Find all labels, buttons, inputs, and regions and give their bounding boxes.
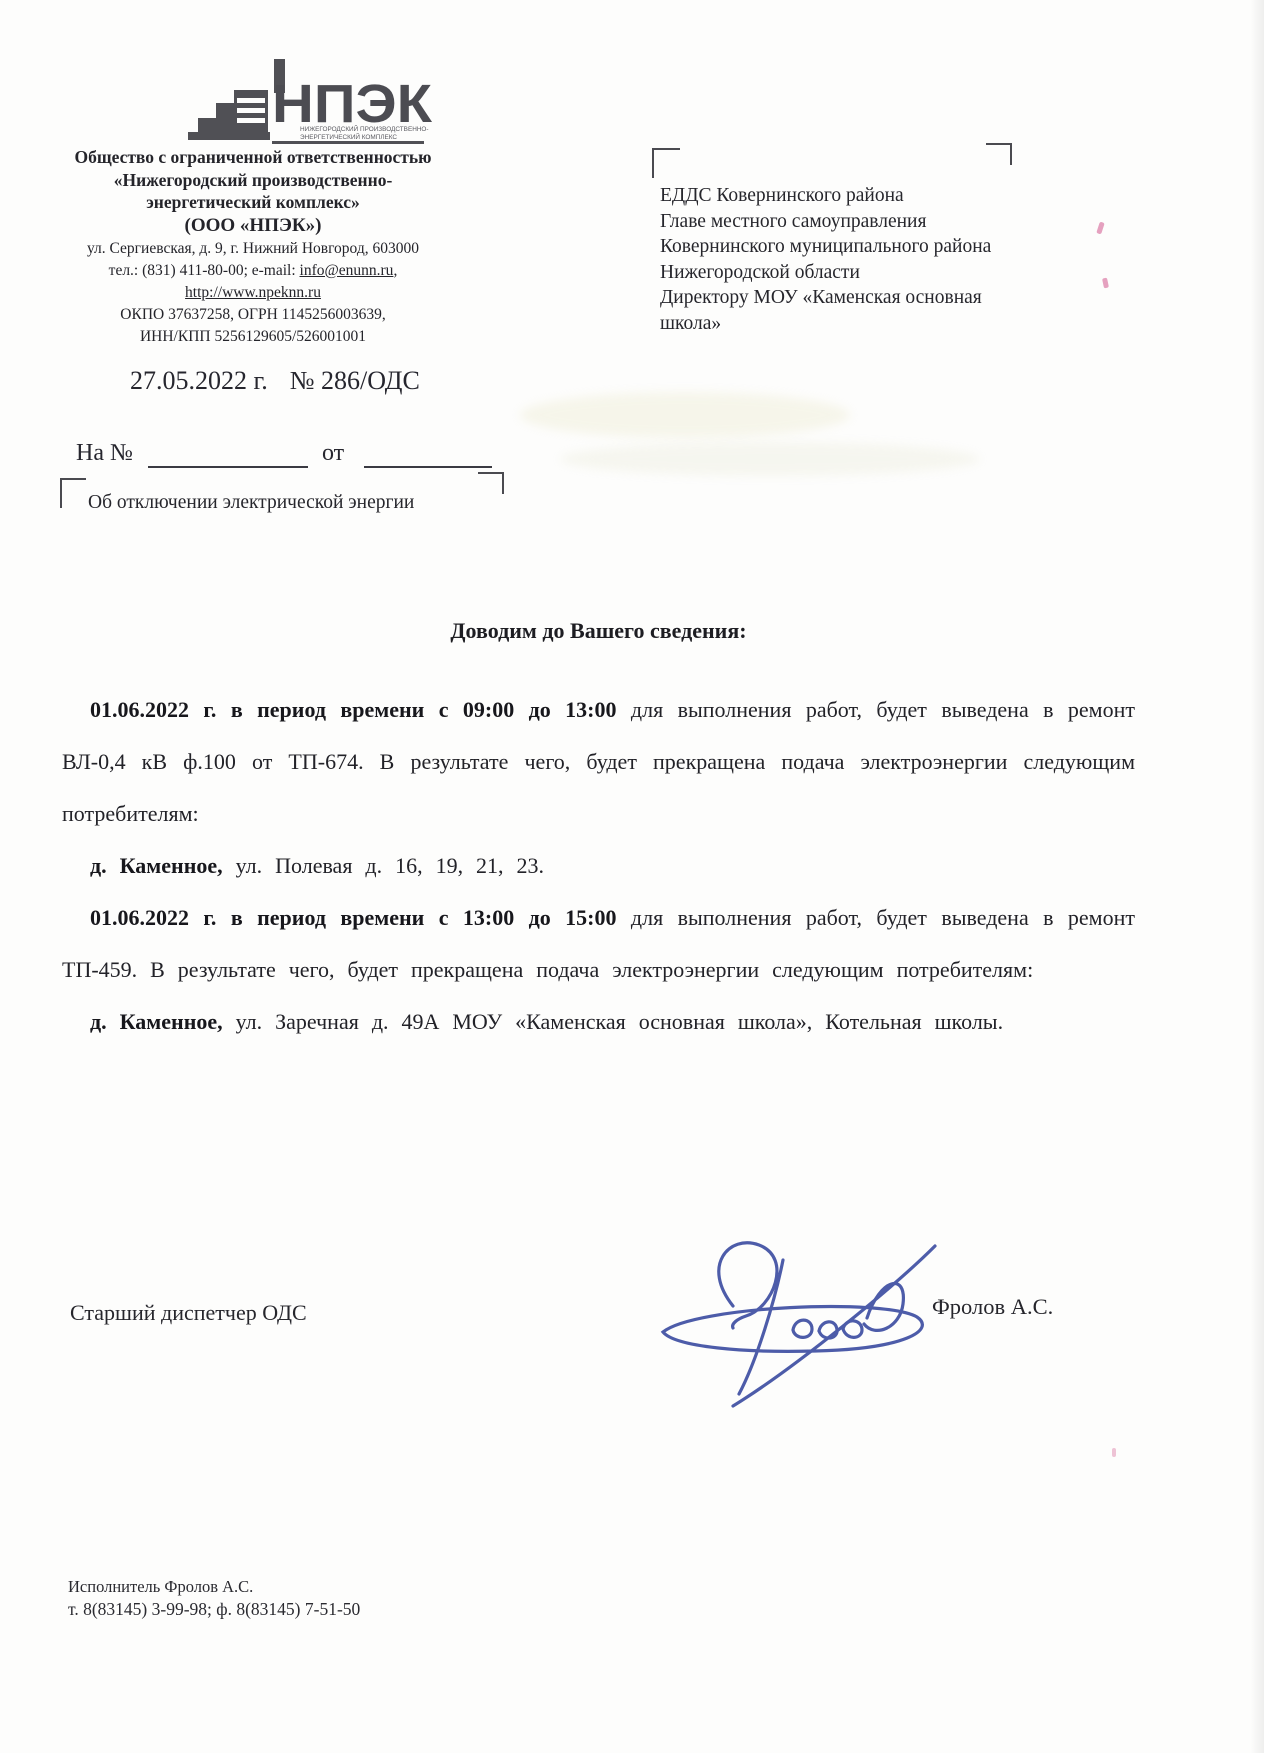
recipient-crop-mark-left bbox=[652, 148, 680, 178]
recipient-line: Директору МОУ «Каменская основная bbox=[660, 285, 1060, 311]
recipient-line: Главе местного самоуправления bbox=[660, 209, 1060, 235]
executor-phones: т. 8(83145) 3-99-98; ф. 8(83145) 7-51-50 bbox=[68, 1598, 360, 1621]
paragraph-outage-2: 01.06.2022 г. в период времени с 13:00 д… bbox=[62, 892, 1135, 996]
org-name-line1: Общество с ограниченной ответственностью bbox=[46, 146, 460, 169]
email-text: info@enunn.ru bbox=[300, 262, 394, 279]
recipient-line: Нижегородской области bbox=[660, 260, 1060, 286]
recipient-crop-mark-right bbox=[986, 143, 1012, 165]
phone-text: тел.: (831) 411-80-00; e-mail: bbox=[109, 262, 300, 279]
subject-line: Об отключении электрической энергии bbox=[88, 492, 414, 514]
org-short-name: (ООО «НПЭК») bbox=[46, 214, 460, 238]
recipient-line: ЕДДС Ковернинского района bbox=[660, 183, 1060, 209]
logo-tagline-line2: ЭНЕРГЕТИЧЕСКИЙ КОМПЛЕКС bbox=[300, 132, 397, 141]
recipient-block: ЕДДС Ковернинского района Главе местного… bbox=[660, 183, 1060, 336]
logo-tagline-line1: НИЖЕГОРОДСКИЙ ПРОИЗВОДСТВЕННО- bbox=[300, 124, 429, 133]
contacts-suffix: , bbox=[393, 262, 397, 279]
handwritten-signature bbox=[633, 1218, 973, 1418]
scan-bleed-artifact bbox=[560, 442, 980, 476]
sender-details-block: Общество с ограниченной ответственностью… bbox=[46, 146, 460, 348]
letter-date: 27.05.2022 г. bbox=[130, 366, 268, 395]
signer-position-title: Старший диспетчер ОДС bbox=[70, 1300, 307, 1326]
paragraph-consumers-2: д. Каменное, ул. Заречная д. 49А МОУ «Ка… bbox=[62, 996, 1135, 1048]
letter-body: 01.06.2022 г. в период времени с 09:00 д… bbox=[62, 684, 1135, 1048]
consumers-2-settlement: д. Каменное, bbox=[90, 1009, 223, 1034]
outage-1-datetime: 01.06.2022 г. в период времени с 09:00 д… bbox=[90, 697, 617, 722]
recipient-line: школа» bbox=[660, 311, 1060, 337]
website-text: http://www.npeknn.ru bbox=[46, 282, 460, 304]
okpo-ogrn-line: ОКПО 37637258, ОГРН 1145256003639, bbox=[46, 304, 460, 326]
paragraph-consumers-1: д. Каменное, ул. Полевая д. 16, 19, 21, … bbox=[62, 840, 1135, 892]
consumers-2-addresses: ул. Заречная д. 49А МОУ «Каменская основ… bbox=[223, 1009, 1003, 1034]
org-name-line3: энергетический комплекс» bbox=[46, 191, 460, 214]
org-name-line2: «Нижегородский производственно- bbox=[46, 169, 460, 192]
scanned-letter-page: НПЭК НИЖЕГОРОДСКИЙ ПРОИЗВОДСТВЕННО- ЭНЕР… bbox=[0, 0, 1264, 1753]
date-number-line: 27.05.2022 г.№ 286/ОДС bbox=[130, 366, 420, 396]
inn-kpp-line: ИНН/КПП 5256129605/526001001 bbox=[46, 326, 460, 348]
consumers-1-addresses: ул. Полевая д. 16, 19, 21, 23. bbox=[223, 853, 544, 878]
reply-ot-label: от bbox=[322, 440, 344, 467]
footer-block: Исполнитель Фролов А.С. т. 8(83145) 3-99… bbox=[68, 1575, 360, 1621]
logo-acronym: НПЭК bbox=[272, 74, 433, 134]
signer-name: Фролов А.С. bbox=[932, 1294, 1053, 1320]
consumers-1-settlement: д. Каменное, bbox=[90, 853, 223, 878]
npek-logo-icon: НПЭК НИЖЕГОРОДСКИЙ ПРОИЗВОДСТВЕННО- ЭНЕР… bbox=[188, 56, 440, 146]
scan-bleed-artifact bbox=[520, 392, 850, 438]
subject-crop-mark-left bbox=[60, 478, 86, 508]
outage-2-datetime: 01.06.2022 г. в период времени с 13:00 д… bbox=[90, 905, 617, 930]
executor-line: Исполнитель Фролов А.С. bbox=[68, 1575, 360, 1598]
recipient-line: Ковернинского муниципального района bbox=[660, 234, 1060, 260]
letter-number: № 286/ОДС bbox=[290, 366, 420, 395]
subject-crop-mark-right bbox=[478, 472, 504, 494]
sender-contacts: тел.: (831) 411-80-00; e-mail: info@enun… bbox=[46, 260, 460, 282]
body-heading: Доводим до Вашего сведения: bbox=[62, 618, 1135, 644]
sender-address: ул. Сергиевская, д. 9, г. Нижний Новгоро… bbox=[46, 238, 460, 260]
scan-speck-artifact bbox=[1112, 1448, 1116, 1457]
reply-number-blank-line bbox=[148, 466, 308, 468]
reply-na-label: На № bbox=[76, 440, 133, 467]
scan-speck-artifact bbox=[1096, 222, 1104, 235]
paragraph-outage-1: 01.06.2022 г. в период времени с 09:00 д… bbox=[62, 684, 1135, 840]
reply-date-blank-line bbox=[364, 466, 492, 468]
scan-speck-artifact bbox=[1102, 278, 1109, 289]
